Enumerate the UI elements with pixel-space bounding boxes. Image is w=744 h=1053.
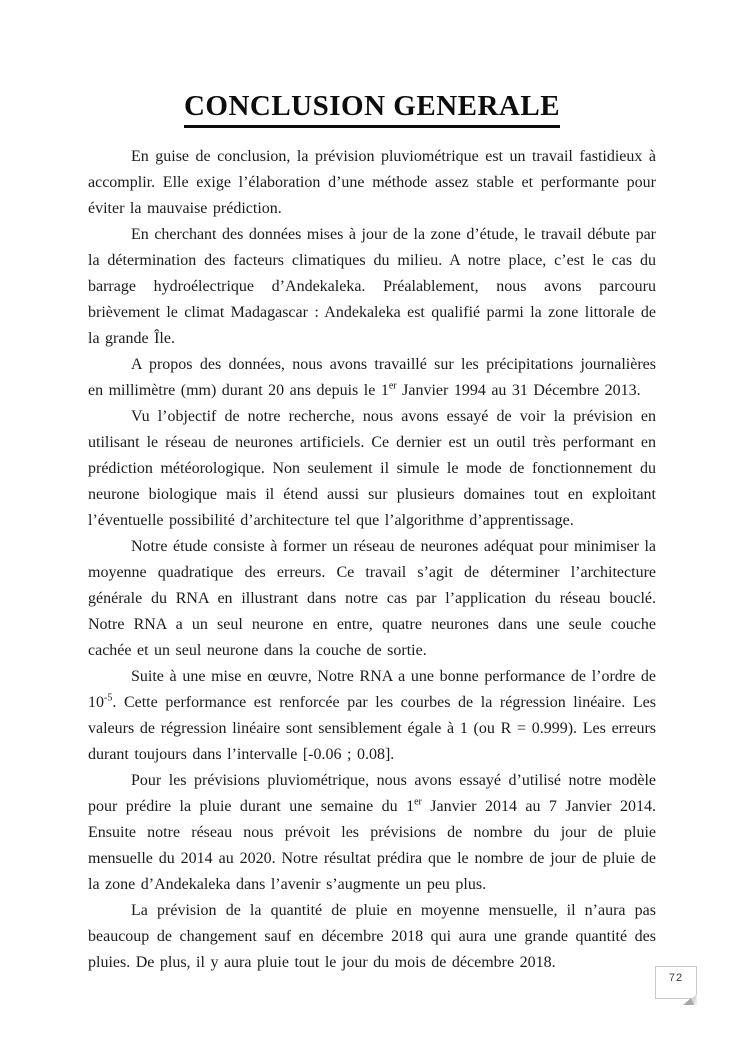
page-title-text: CONCLUSION GENERALE: [184, 90, 560, 128]
document-page: CONCLUSION GENERALE En guise de conclusi…: [0, 0, 744, 1053]
paragraph-text: En cherchant des données mises à jour de…: [88, 226, 656, 347]
paragraph-5: Notre étude consiste à former un réseau …: [88, 534, 656, 664]
paragraph-7: Pour les prévisions pluviométrique, nous…: [88, 768, 656, 898]
page-number-badge: 72: [655, 966, 697, 999]
paragraph-text: Janvier 1994 au 31 Décembre 2013.: [397, 382, 641, 399]
paragraph-text: La prévision de la quantité de pluie en …: [88, 902, 656, 971]
paragraph-text: En guise de conclusion, la prévision plu…: [88, 148, 656, 217]
document-body: En guise de conclusion, la prévision plu…: [88, 144, 656, 976]
superscript-ordinal: er: [414, 797, 422, 808]
paragraph-3: A propos des données, nous avons travail…: [88, 352, 656, 404]
page-number: 72: [656, 967, 696, 984]
superscript-ordinal: er: [389, 381, 397, 392]
paragraph-text: Notre étude consiste à former un réseau …: [88, 538, 656, 659]
paragraph-text: . Cette performance est renforcée par le…: [88, 694, 656, 763]
paragraph-4: Vu l’objectif de notre recherche, nous a…: [88, 404, 656, 534]
page-title: CONCLUSION GENERALE: [0, 0, 744, 128]
paragraph-1: En guise de conclusion, la prévision plu…: [88, 144, 656, 222]
paragraph-text: Vu l’objectif de notre recherche, nous a…: [88, 408, 656, 529]
paragraph-2: En cherchant des données mises à jour de…: [88, 222, 656, 352]
paragraph-8: La prévision de la quantité de pluie en …: [88, 898, 656, 976]
page-curl-icon: [681, 992, 699, 1008]
paragraph-6: Suite à une mise en œuvre, Notre RNA a u…: [88, 664, 656, 768]
